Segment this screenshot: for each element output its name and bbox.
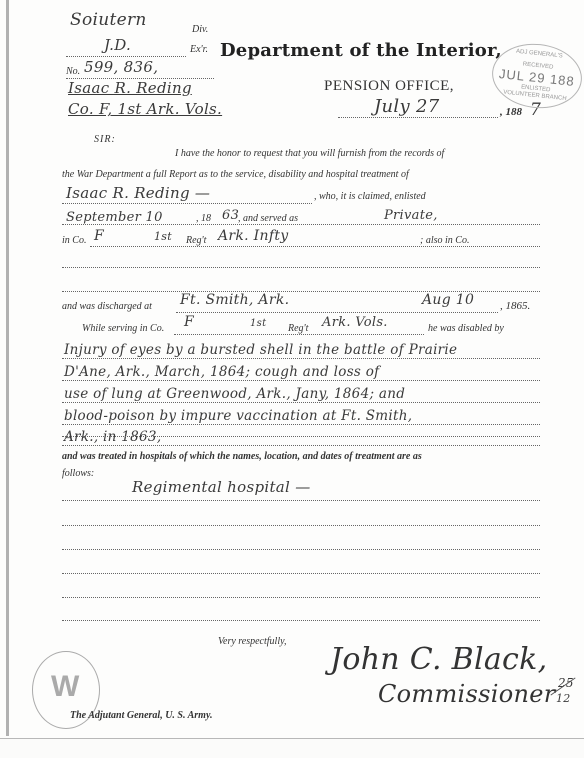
company: F [94, 228, 104, 244]
discharge-line [176, 312, 498, 313]
serving-regt-label: Reg't [288, 323, 308, 334]
discharge-date: Aug 10 [422, 292, 474, 308]
in-co-label: in Co. [62, 235, 86, 246]
signature: John C. Black, [330, 642, 547, 677]
department-title: Department of the Interior, [220, 40, 502, 61]
disability-line: blood-poison by impure vaccination at Ft… [64, 408, 412, 424]
disability-rule [62, 358, 540, 359]
disabled-label: he was disabled by [428, 323, 504, 334]
disability-line: D'Ane, Ark., March, 1864; cough and loss… [64, 364, 379, 380]
company-line [90, 246, 540, 247]
regiment-number: 1st [154, 230, 172, 243]
salutation: SIR: [94, 134, 116, 145]
claimant-unit: Co. F, 1st Ark. Vols. [68, 100, 222, 118]
date-year-prefix: , 188 [500, 106, 522, 118]
office-name: PENSION OFFICE, [324, 78, 454, 95]
division-label: Div. [192, 24, 208, 35]
claim-number: 599, 836, [84, 58, 158, 76]
hospital-intro-2: follows: [62, 468, 94, 479]
closing: Very respectfully, [218, 636, 287, 647]
addressee: The Adjutant General, U. S. Army. [70, 710, 213, 721]
hospital-line-5 [62, 597, 540, 598]
serving-regiment: 1st [250, 318, 266, 329]
regiment-name: Ark. Infty [218, 228, 288, 244]
hospital-intro-1: and was treated in hospitals of which th… [62, 451, 422, 462]
intro-line-1: I have the honor to request that you wil… [175, 148, 444, 159]
number-prefix: No. [66, 66, 80, 77]
soldier-name: Isaac R. Reding — [66, 184, 210, 202]
enlisted-label: , who, it is claimed, enlisted [314, 191, 426, 202]
disability-line: Ark., in 1863, [64, 429, 161, 445]
claimant-name: Isaac R. Reding [68, 79, 192, 97]
discharge-place: Ft. Smith, Ark. [180, 292, 289, 308]
hospital-line-1 [62, 500, 540, 501]
served-as-label: , and served as [238, 213, 298, 224]
blank-line-3 [62, 436, 540, 437]
blank-line-1 [62, 267, 540, 268]
enlist-date: September 10 [66, 210, 163, 225]
enlist-year-prefix: , 18 [196, 213, 211, 224]
date-line [338, 117, 498, 118]
division-value: Soiutern [70, 10, 147, 30]
examiner-label: Ex'r. [190, 44, 208, 55]
rank: Private, [384, 208, 438, 223]
enlist-year-suffix: 63 [222, 208, 239, 223]
pension-request-form: Soiutern Div. J.D. Ex'r. No. 599, 836, I… [0, 0, 584, 739]
signature-title: Commissioner [378, 680, 556, 708]
hospital-line-6 [62, 620, 540, 621]
disability-line: use of lung at Greenwood, Ark., Jany, 18… [64, 386, 405, 402]
hospital-line-4 [62, 573, 540, 574]
hospital-line-2 [62, 525, 540, 526]
disability-rule [62, 402, 540, 403]
discharged-label: and was discharged at [62, 301, 152, 312]
annotation-bottom: 12 [556, 692, 571, 705]
hospital-entry: Regimental hospital — [132, 478, 311, 496]
name-line [62, 203, 312, 204]
also-in-co-label: ; also in Co. [420, 235, 471, 246]
serving-line [174, 334, 424, 335]
examiner-line [66, 56, 186, 57]
page-edge [6, 0, 9, 736]
disability-rule [62, 445, 540, 446]
seal-letter: W [51, 670, 79, 704]
received-stamp: ADJ GENERAL'S RECEIVED JUL 29 188 ENLIST… [489, 39, 584, 112]
examiner-value: J.D. [104, 36, 131, 54]
disability-rule [62, 424, 540, 425]
disability-rule [62, 380, 540, 381]
letter-date: July 27 [374, 96, 439, 117]
discharge-year: , 1865. [500, 300, 530, 312]
regt-label: Reg't [186, 235, 206, 246]
intro-line-2: the War Department a full Report as to t… [62, 169, 409, 180]
serving-company: F [184, 314, 194, 330]
while-serving-label: While serving in Co. [82, 323, 164, 334]
hospital-line-3 [62, 549, 540, 550]
serving-regiment-name: Ark. Vols. [322, 315, 388, 330]
disability-line: Injury of eyes by a bursted shell in the… [64, 342, 457, 358]
